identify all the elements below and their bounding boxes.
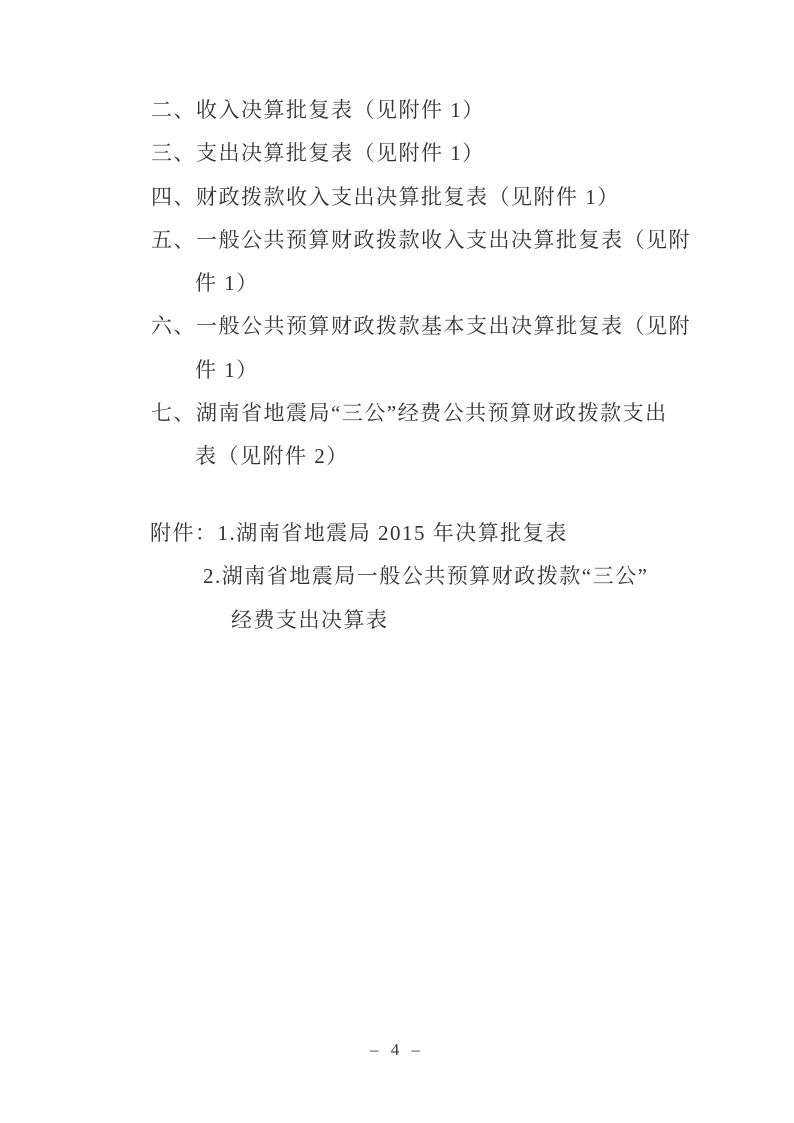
list-item-3: 三、支出决算批复表（见附件 1）	[0, 132, 794, 175]
attachment-item-2-line-1: 2.湖南省地震局一般公共预算财政拨款“三公”	[0, 555, 794, 598]
numbered-list-section: 二、收入决算批复表（见附件 1） 三、支出决算批复表（见附件 1） 四、财政拨款…	[0, 89, 794, 479]
list-item-5-line-2: 件 1）	[0, 262, 794, 305]
attachments-heading-and-item-1: 附件：1.湖南省地震局 2015 年决算批复表	[0, 512, 794, 555]
attachments-section: 附件：1.湖南省地震局 2015 年决算批复表 2.湖南省地震局一般公共预算财政…	[0, 512, 794, 642]
list-item-5-line-1: 五、一般公共预算财政拨款收入支出决算批复表（见附	[0, 219, 794, 262]
list-item-6-line-2: 件 1）	[0, 349, 794, 392]
list-item-7-line-1: 七、湖南省地震局“三公”经费公共预算财政拨款支出	[0, 392, 794, 435]
list-item-7-line-2: 表（见附件 2）	[0, 435, 794, 478]
list-item-4: 四、财政拨款收入支出决算批复表（见附件 1）	[0, 176, 794, 219]
page-number: – 4 –	[0, 1040, 794, 1060]
list-item-6-line-1: 六、一般公共预算财政拨款基本支出决算批复表（见附	[0, 305, 794, 348]
list-item-2: 二、收入决算批复表（见附件 1）	[0, 89, 794, 132]
document-page: 二、收入决算批复表（见附件 1） 三、支出决算批复表（见附件 1） 四、财政拨款…	[0, 0, 794, 1123]
attachment-item-2-line-2: 经费支出决算表	[0, 599, 794, 642]
